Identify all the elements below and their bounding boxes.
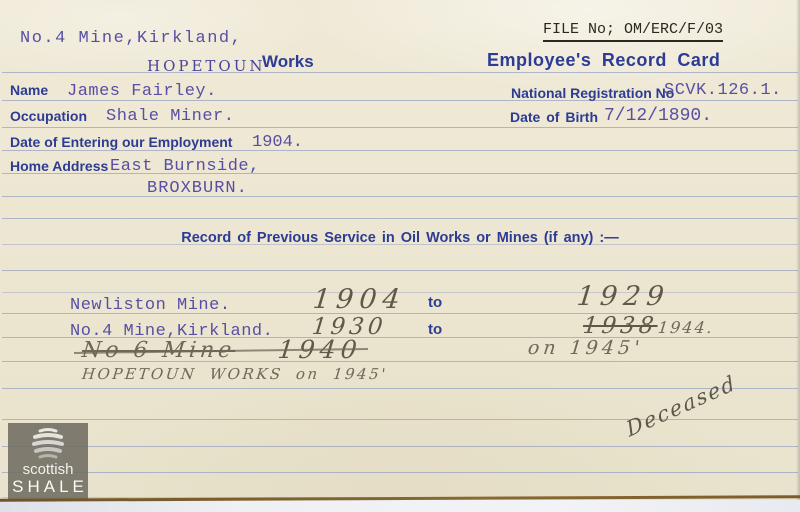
ruled-line: [2, 218, 798, 219]
ruled-line: [2, 196, 798, 197]
scanned-record-card: No.4 Mine,Kirkland, HOPETOUN Works FILE …: [0, 0, 800, 512]
watermark-line2: SHALE: [12, 478, 88, 495]
home-address-label: Home Address: [10, 158, 108, 174]
service-row-until-year-struck: 1938: [582, 313, 659, 339]
service-row-until-year: on 1945': [527, 337, 645, 359]
deceased-annotation: Deceased: [623, 370, 739, 441]
to-label: to: [428, 294, 442, 311]
ruled-line: [2, 270, 798, 271]
to-label: to: [428, 321, 442, 338]
previous-service-heading: Record of Previous Service in Oil Works …: [0, 230, 800, 246]
home-address-line2: BROXBURN.: [147, 179, 248, 198]
scanner-background: [0, 500, 800, 512]
service-row-place: HOPETOUN WORKS on 1945': [81, 365, 389, 383]
date-of-birth-label: Date of Birth: [510, 109, 598, 125]
watermark-line1: scottish: [23, 462, 74, 477]
national-registration-value: SCVK.126.1.: [664, 81, 782, 100]
national-registration-label: National Registration No: [511, 85, 674, 101]
home-address-line1: East Burnside,: [110, 157, 260, 176]
works-label: Works: [262, 52, 314, 72]
date-of-entering-value: 1904.: [252, 133, 303, 152]
file-number: FILE No; OM/ERC/F/03: [543, 21, 723, 42]
service-row-until-year: 1929: [575, 281, 671, 312]
globe-icon: [28, 427, 68, 461]
ruled-line: [2, 388, 798, 389]
name-value: James Fairley.: [67, 82, 217, 101]
service-row-place: Newliston Mine.: [70, 296, 231, 315]
occupation-value: Shale Miner.: [106, 107, 234, 126]
scottish-shale-watermark: scottish SHALE: [8, 423, 88, 499]
name-label: Name: [10, 82, 48, 98]
works-name-stamp: HOPETOUN: [147, 57, 266, 75]
ruled-line: [2, 446, 798, 447]
date-of-entering-label: Date of Entering our Employment: [10, 134, 232, 150]
ruled-line: [2, 72, 798, 73]
service-row-until-revised: 1944.: [657, 318, 715, 337]
ruled-line: [2, 150, 798, 151]
typed-site-name: No.4 Mine,Kirkland,: [20, 29, 242, 48]
ruled-line: [2, 127, 798, 128]
occupation-label: Occupation: [10, 108, 87, 124]
card-edge-shadow: [796, 0, 800, 501]
ruled-line: [2, 472, 798, 473]
card-title: Employee's Record Card: [487, 50, 720, 71]
date-of-birth-value: 7/12/1890.: [604, 106, 712, 126]
service-row-from-year: 1904: [311, 284, 407, 315]
record-card-paper: No.4 Mine,Kirkland, HOPETOUN Works FILE …: [0, 0, 800, 501]
